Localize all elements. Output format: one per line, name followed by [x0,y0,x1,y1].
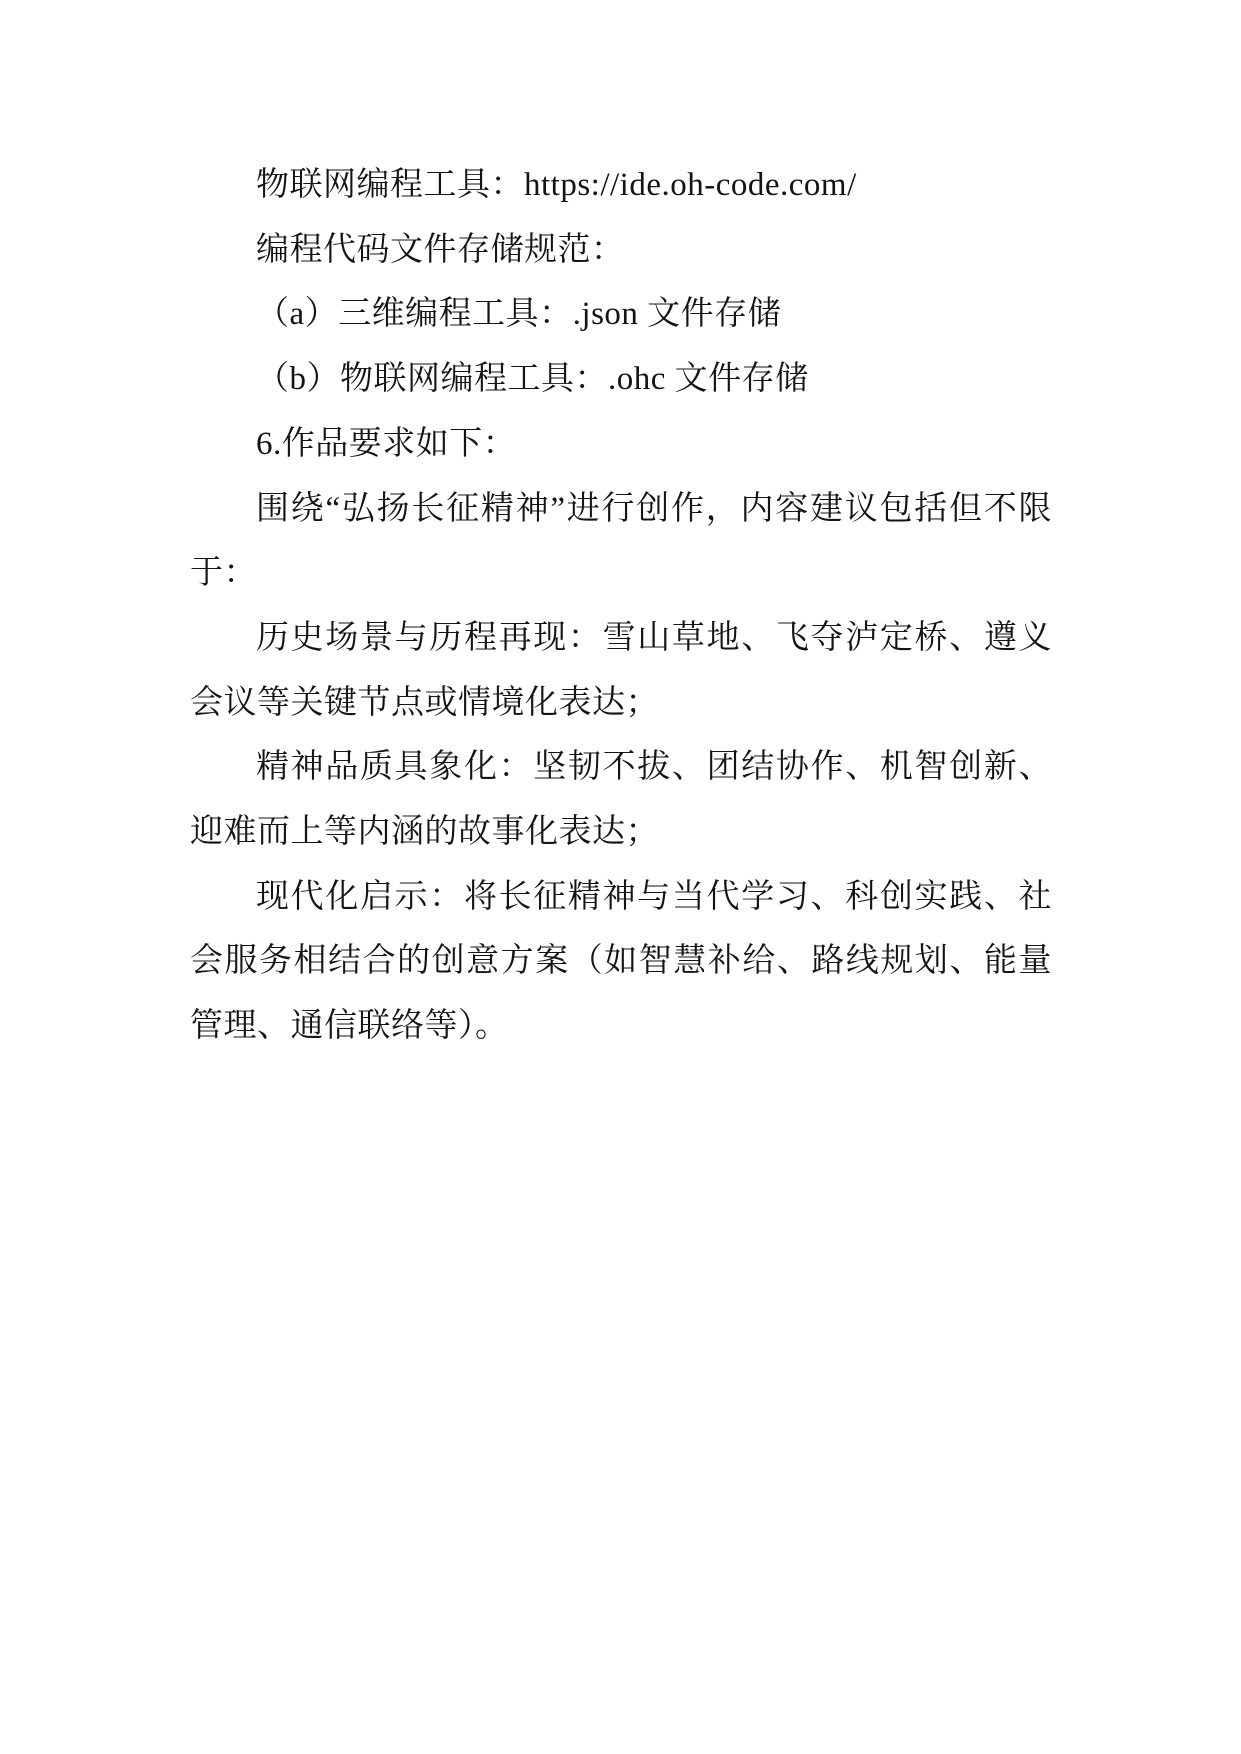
paragraph: 历史场景与历程再现：雪山草地、飞夺泸定桥、遵义会议等关键节点或情境化表达； [190,606,1052,735]
document-page: 物联网编程工具：https://ide.oh-code.com/编程代码文件存储… [0,0,1241,1754]
paragraph: 现代化启示：将长征精神与当代学习、科创实践、社会服务相结合的创意方案（如智慧补给… [190,865,1052,1059]
paragraph: 6.作品要求如下： [190,412,1052,477]
paragraph: 物联网编程工具：https://ide.oh-code.com/ [190,153,1052,218]
paragraph: 编程代码文件存储规范： [190,218,1052,283]
paragraph: 精神品质具象化：坚韧不拔、团结协作、机智创新、迎难而上等内涵的故事化表达； [190,735,1052,864]
paragraph: 围绕“弘扬长征精神”进行创作，内容建议包括但不限于： [190,477,1052,606]
document-text-block: 物联网编程工具：https://ide.oh-code.com/编程代码文件存储… [190,153,1052,1059]
paragraph: （b）物联网编程工具：.ohc 文件存储 [190,347,1052,412]
paragraph: （a）三维编程工具：.json 文件存储 [190,282,1052,347]
